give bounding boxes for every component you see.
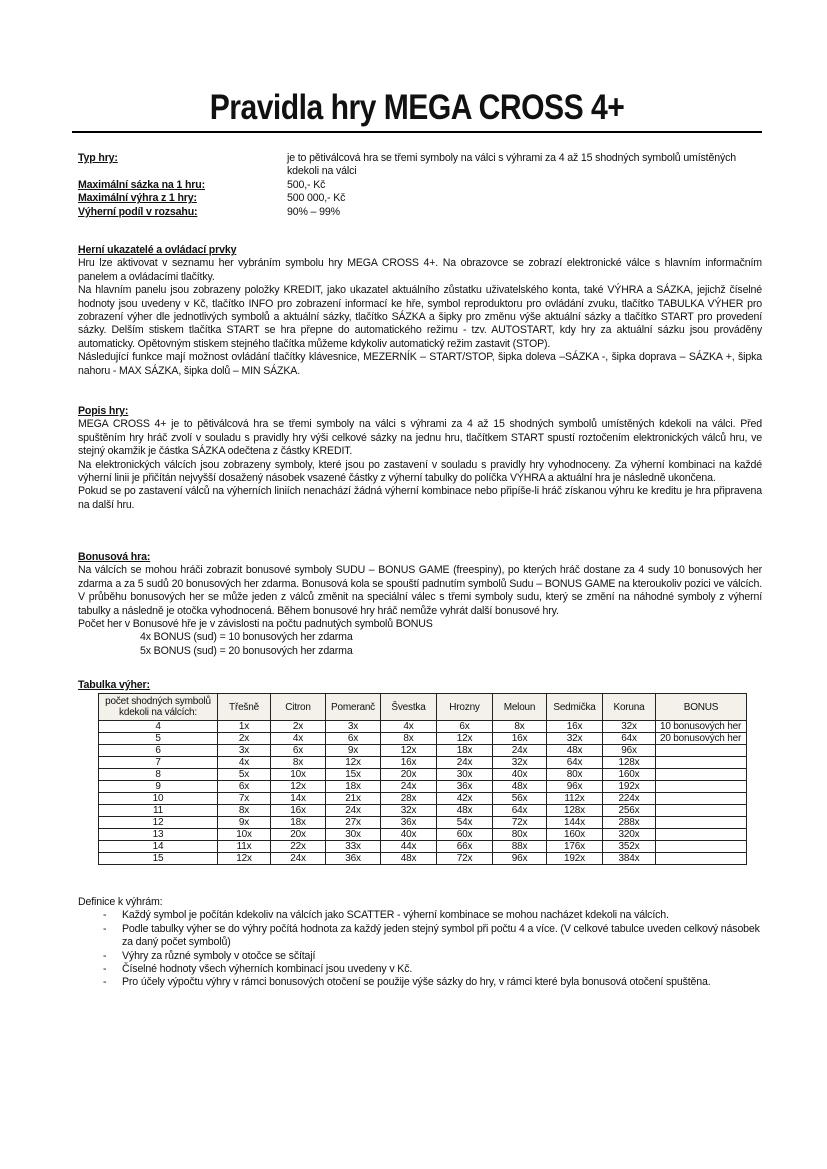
table-row: 85x10x15x20x30x40x80x160x	[99, 769, 747, 781]
multiplier-cell	[656, 817, 747, 829]
multiplier-cell: 18x	[437, 745, 493, 757]
multiplier-cell: 176x	[547, 841, 603, 853]
multiplier-cell: 6x	[326, 733, 381, 745]
multiplier-cell: 22x	[271, 841, 326, 853]
multiplier-cell: 64x	[493, 805, 547, 817]
multiplier-cell: 128x	[547, 805, 603, 817]
table-row: 1411x22x33x44x66x88x176x352x	[99, 841, 747, 853]
multiplier-cell: 44x	[381, 841, 437, 853]
multiplier-cell: 20x	[271, 829, 326, 841]
multiplier-cell: 11x	[218, 841, 271, 853]
multiplier-cell: 128x	[603, 757, 656, 769]
multiplier-cell: 4x	[271, 733, 326, 745]
section-heading: Bonusová hra:	[78, 551, 762, 564]
paytable-column-header: Citron	[271, 694, 326, 721]
multiplier-cell	[656, 829, 747, 841]
multiplier-cell	[656, 805, 747, 817]
multiplier-cell: 56x	[493, 793, 547, 805]
multiplier-cell: 3x	[326, 721, 381, 733]
list-item: Každý symbol je počítán kdekoliv na válc…	[103, 909, 762, 922]
multiplier-cell: 20x	[381, 769, 437, 781]
list-item: Podle tabulky výher se do výhry počítá h…	[103, 923, 762, 950]
multiplier-cell	[656, 769, 747, 781]
multiplier-cell: 36x	[326, 853, 381, 865]
multiplier-cell: 72x	[437, 853, 493, 865]
multiplier-cell: 16x	[547, 721, 603, 733]
multiplier-cell	[656, 745, 747, 757]
multiplier-cell: 192x	[547, 853, 603, 865]
multiplier-cell: 6x	[218, 781, 271, 793]
multiplier-cell: 18x	[326, 781, 381, 793]
table-row: 96x12x18x24x36x48x96x192x	[99, 781, 747, 793]
multiplier-cell: 112x	[547, 793, 603, 805]
multiplier-cell: 48x	[437, 805, 493, 817]
multiplier-cell: 36x	[437, 781, 493, 793]
bonus-rule: 4x BONUS (sud) = 10 bonusových her zdarm…	[78, 631, 762, 644]
multiplier-cell: 3x	[218, 745, 271, 757]
multiplier-cell: 24x	[381, 781, 437, 793]
multiplier-cell: 72x	[493, 817, 547, 829]
info-label: Typ hry:	[78, 152, 287, 179]
list-item: Výhry za různé symboly v otočce se sčíta…	[103, 950, 762, 963]
multiplier-cell: 64x	[603, 733, 656, 745]
paytable-header-row: počet shodných symbolů kdekoli na válcíc…	[99, 694, 747, 721]
multiplier-cell: 27x	[326, 817, 381, 829]
multiplier-cell: 32x	[381, 805, 437, 817]
title-rule	[72, 131, 762, 133]
multiplier-cell: 96x	[603, 745, 656, 757]
paragraph: Na elektronických válcích jsou zobrazeny…	[78, 459, 762, 486]
symbol-count-cell: 13	[99, 829, 218, 841]
multiplier-cell: 48x	[493, 781, 547, 793]
multiplier-cell: 8x	[493, 721, 547, 733]
multiplier-cell: 10x	[218, 829, 271, 841]
multiplier-cell: 28x	[381, 793, 437, 805]
multiplier-cell: 88x	[493, 841, 547, 853]
multiplier-cell	[656, 793, 747, 805]
multiplier-cell: 4x	[381, 721, 437, 733]
paragraph: Pokud se po zastavení válců na výherních…	[78, 485, 762, 512]
multiplier-cell: 48x	[381, 853, 437, 865]
multiplier-cell: 15x	[326, 769, 381, 781]
multiplier-cell	[656, 853, 747, 865]
info-row-type: Typ hry: je to pětiválcová hra se třemi …	[78, 152, 762, 179]
multiplier-cell: 224x	[603, 793, 656, 805]
info-row-rtp: Výherní podíl v rozsahu: 90% – 99%	[78, 206, 762, 219]
multiplier-cell: 24x	[493, 745, 547, 757]
section-table: Tabulka výher:	[78, 679, 762, 692]
paytable-column-header: Pomeranč	[326, 694, 381, 721]
paytable-body: 41x2x3x4x6x8x16x32x10 bonusových her52x4…	[99, 721, 747, 865]
table-row: 118x16x24x32x48x64x128x256x	[99, 805, 747, 817]
symbol-count-cell: 4	[99, 721, 218, 733]
list-item: Číselné hodnoty všech výherních kombinac…	[103, 963, 762, 976]
multiplier-cell: 8x	[218, 805, 271, 817]
multiplier-cell: 96x	[547, 781, 603, 793]
multiplier-cell: 288x	[603, 817, 656, 829]
multiplier-cell: 60x	[437, 829, 493, 841]
multiplier-cell: 80x	[547, 769, 603, 781]
symbol-count-cell: 12	[99, 817, 218, 829]
multiplier-cell: 160x	[603, 769, 656, 781]
multiplier-cell: 8x	[381, 733, 437, 745]
symbol-count-cell: 8	[99, 769, 218, 781]
table-row: 63x6x9x12x18x24x48x96x	[99, 745, 747, 757]
multiplier-cell: 32x	[493, 757, 547, 769]
multiplier-cell: 14x	[271, 793, 326, 805]
multiplier-cell: 256x	[603, 805, 656, 817]
section-description: Popis hry: MEGA CROSS 4+ je to pětiválco…	[78, 405, 762, 512]
multiplier-cell: 10x	[271, 769, 326, 781]
multiplier-cell: 66x	[437, 841, 493, 853]
info-value: je to pětiválcová hra se třemi symboly n…	[287, 152, 762, 179]
multiplier-cell: 21x	[326, 793, 381, 805]
multiplier-cell: 80x	[493, 829, 547, 841]
paragraph: Následující funkce mají možnost ovládání…	[78, 351, 762, 378]
info-value: 500,- Kč	[287, 179, 762, 192]
info-label: Maximální výhra z 1 hry:	[78, 192, 287, 205]
symbol-count-cell: 5	[99, 733, 218, 745]
paytable: počet shodných symbolů kdekoli na válcíc…	[98, 693, 747, 865]
multiplier-cell: 12x	[381, 745, 437, 757]
multiplier-cell: 36x	[381, 817, 437, 829]
symbol-count-cell: 7	[99, 757, 218, 769]
multiplier-cell: 8x	[271, 757, 326, 769]
bonus-rule: 5x BONUS (sud) = 20 bonusových her zdarm…	[78, 645, 762, 658]
multiplier-cell: 48x	[547, 745, 603, 757]
section-heading: Popis hry:	[78, 405, 762, 418]
info-label: Maximální sázka na 1 hru:	[78, 179, 287, 192]
section-controls: Herní ukazatelé a ovládací prvky Hru lze…	[78, 244, 762, 378]
symbol-count-cell: 15	[99, 853, 218, 865]
multiplier-cell: 24x	[271, 853, 326, 865]
table-row: 129x18x27x36x54x72x144x288x	[99, 817, 747, 829]
multiplier-cell: 352x	[603, 841, 656, 853]
multiplier-cell: 384x	[603, 853, 656, 865]
multiplier-cell	[656, 757, 747, 769]
page-title: Pravidla hry MEGA CROSS 4+	[120, 88, 713, 128]
table-row: 1512x24x36x48x72x96x192x384x	[99, 853, 747, 865]
symbol-count-cell: 11	[99, 805, 218, 817]
paytable-column-header: Meloun	[493, 694, 547, 721]
multiplier-cell	[656, 841, 747, 853]
symbol-count-cell: 14	[99, 841, 218, 853]
multiplier-cell: 2x	[218, 733, 271, 745]
multiplier-cell: 1x	[218, 721, 271, 733]
table-row: 52x4x6x8x12x16x32x64x20 bonusových her	[99, 733, 747, 745]
paytable-column-header: BONUS	[656, 694, 747, 721]
multiplier-cell: 16x	[381, 757, 437, 769]
paytable-column-header: Hrozny	[437, 694, 493, 721]
multiplier-cell: 6x	[437, 721, 493, 733]
multiplier-cell: 192x	[603, 781, 656, 793]
paragraph: Hru lze aktivovat v seznamu her vybráním…	[78, 257, 762, 284]
section-bonus: Bonusová hra: Na válcích se mohou hráči …	[78, 551, 762, 658]
multiplier-cell: 42x	[437, 793, 493, 805]
multiplier-cell: 54x	[437, 817, 493, 829]
multiplier-cell: 12x	[326, 757, 381, 769]
info-row-max-win: Maximální výhra z 1 hry: 500 000,- Kč	[78, 192, 762, 205]
info-row-max-bet: Maximální sázka na 1 hru: 500,- Kč	[78, 179, 762, 192]
multiplier-cell: 20 bonusových her	[656, 733, 747, 745]
section-heading: Herní ukazatelé a ovládací prvky	[78, 244, 762, 257]
game-info: Typ hry: je to pětiválcová hra se třemi …	[78, 152, 762, 219]
multiplier-cell: 9x	[218, 817, 271, 829]
section-definitions: Definice k výhrám: Každý symbol je počít…	[78, 896, 762, 990]
paytable-column-header: Švestka	[381, 694, 437, 721]
multiplier-cell: 18x	[271, 817, 326, 829]
multiplier-cell: 96x	[493, 853, 547, 865]
table-row: 41x2x3x4x6x8x16x32x10 bonusových her	[99, 721, 747, 733]
multiplier-cell: 4x	[218, 757, 271, 769]
definitions-list: Každý symbol je počítán kdekoliv na válc…	[78, 909, 762, 989]
paytable-column-header: počet shodných symbolů kdekoli na válcíc…	[99, 694, 218, 721]
multiplier-cell: 160x	[547, 829, 603, 841]
multiplier-cell: 16x	[271, 805, 326, 817]
multiplier-cell: 2x	[271, 721, 326, 733]
paragraph: Na hlavním panelu jsou zobrazeny položky…	[78, 284, 762, 351]
multiplier-cell: 10 bonusových her	[656, 721, 747, 733]
symbol-count-cell: 6	[99, 745, 218, 757]
paytable-column-header: Třešně	[218, 694, 271, 721]
symbol-count-cell: 9	[99, 781, 218, 793]
multiplier-cell: 144x	[547, 817, 603, 829]
definitions-heading: Definice k výhrám:	[78, 896, 762, 909]
multiplier-cell: 64x	[547, 757, 603, 769]
info-value: 500 000,- Kč	[287, 192, 762, 205]
info-label: Výherní podíl v rozsahu:	[78, 206, 287, 219]
multiplier-cell: 7x	[218, 793, 271, 805]
multiplier-cell: 16x	[493, 733, 547, 745]
multiplier-cell: 24x	[326, 805, 381, 817]
section-heading: Tabulka výher:	[78, 679, 762, 692]
multiplier-cell: 30x	[326, 829, 381, 841]
multiplier-cell: 40x	[381, 829, 437, 841]
multiplier-cell: 12x	[437, 733, 493, 745]
multiplier-cell: 33x	[326, 841, 381, 853]
multiplier-cell	[656, 781, 747, 793]
multiplier-cell: 9x	[326, 745, 381, 757]
symbol-count-cell: 10	[99, 793, 218, 805]
table-row: 107x14x21x28x42x56x112x224x	[99, 793, 747, 805]
multiplier-cell: 32x	[603, 721, 656, 733]
multiplier-cell: 5x	[218, 769, 271, 781]
paragraph: MEGA CROSS 4+ je to pětiválcová hra se t…	[78, 418, 762, 458]
multiplier-cell: 40x	[493, 769, 547, 781]
multiplier-cell: 12x	[218, 853, 271, 865]
info-value: 90% – 99%	[287, 206, 762, 219]
multiplier-cell: 30x	[437, 769, 493, 781]
multiplier-cell: 32x	[547, 733, 603, 745]
table-row: 74x8x12x16x24x32x64x128x	[99, 757, 747, 769]
table-row: 1310x20x30x40x60x80x160x320x	[99, 829, 747, 841]
paragraph: Počet her v Bonusové hře je v závislosti…	[78, 618, 762, 631]
multiplier-cell: 24x	[437, 757, 493, 769]
paragraph: Na válcích se mohou hráči zobrazit bonus…	[78, 564, 762, 618]
multiplier-cell: 320x	[603, 829, 656, 841]
multiplier-cell: 12x	[271, 781, 326, 793]
paytable-column-header: Koruna	[603, 694, 656, 721]
multiplier-cell: 6x	[271, 745, 326, 757]
paytable-column-header: Sedmička	[547, 694, 603, 721]
list-item: Pro účely výpočtu výhry v rámci bonusový…	[103, 976, 762, 989]
